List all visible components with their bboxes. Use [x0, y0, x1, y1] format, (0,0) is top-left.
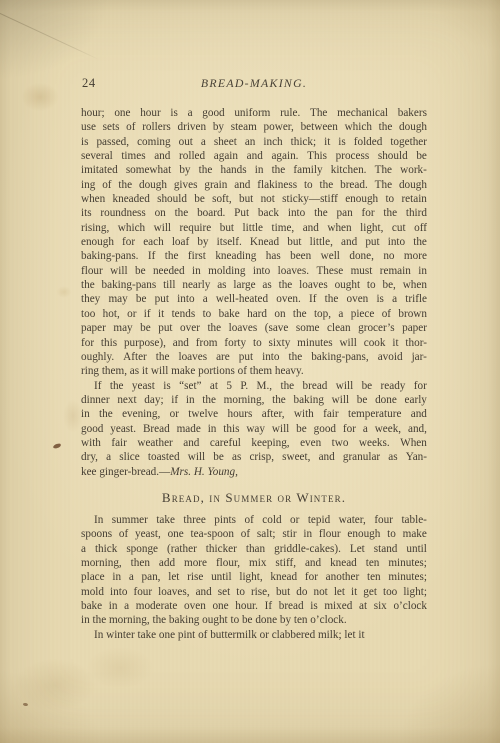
text-line: ring them, as it will make portions of t…	[81, 364, 427, 378]
text-line: toohot,orifittendstobakehardonthetop,api…	[81, 307, 427, 321]
text-line: withfairweatherandcarefulkeeping,eventwo…	[81, 436, 427, 450]
text-line: ingofthedoughgivesgrainandflakinesstothe…	[81, 178, 427, 192]
recipe-attribution: Mrs. H. Young,	[170, 466, 238, 478]
text-line: goodyeast.Breadmadeinthiswaywillbegoodfo…	[81, 422, 427, 436]
text-line: usesetsofrollersdrivenbysteampower,betwe…	[81, 120, 427, 134]
text-line: oughly.Aftertheloavesareputintothebaking…	[81, 350, 427, 364]
text-line: bakeinamoderateovenonehour.Ifbreadismixe…	[81, 599, 427, 613]
section-heading: Bread, in Summer or Winter.	[81, 490, 427, 506]
text-line: enoughforeachloafbyitself.Kneadbutlittle…	[81, 235, 427, 249]
text-line: flourwillbeneededinmoldingintoloaves.The…	[81, 264, 427, 278]
text-line: hour;onehourisagooduniformrule.Themechan…	[81, 106, 427, 120]
text-line: whenkneadedshouldbesoft,butnotsticky—sti…	[81, 192, 427, 206]
text-line-fragment: kee ginger-bread.—	[81, 466, 170, 478]
running-head-title: BREAD-MAKING.	[81, 76, 427, 91]
running-header: 24 BREAD-MAKING.	[81, 76, 427, 92]
text-column: hour;onehourisagooduniformrule.Themechan…	[81, 106, 427, 642]
text-line: theymaybeputintoawell-heatedoven.Iftheov…	[81, 292, 427, 306]
paper-speck	[23, 703, 28, 707]
text-line: Insummertakethreepintsofcoldortepidwater…	[81, 513, 427, 527]
text-line: spoonsofyeast,onetea-spoonofsalt;stirinf…	[81, 527, 427, 541]
paper-speck	[53, 443, 62, 449]
text-line: papermaybeputovertheloaves(savesomeclean…	[81, 321, 427, 335]
text-line: rising,whichwillrequirebutlittletime,and…	[81, 221, 427, 235]
text-line: imitatedsomewhatbythehandsinthefamilykit…	[81, 163, 427, 177]
text-line: forthispurpose),andfromfortytosixtyminut…	[81, 336, 427, 350]
text-line: morning,thenaddmoreflour,mixstiff,andkne…	[81, 556, 427, 570]
paragraph-1: hour;onehourisagooduniformrule.Themechan…	[81, 106, 427, 379]
book-page: 24 BREAD-MAKING. hour;onehourisagoodunif…	[0, 0, 500, 743]
paragraph-3: Insummertakethreepintsofcoldortepidwater…	[81, 513, 427, 628]
text-line: ispassed,comingoutasheetaninchthick;itis…	[81, 135, 427, 149]
text-line: baking-pans.Ifthefirstkneadinghasbeenwel…	[81, 249, 427, 263]
text-line: intheevening,ortwelvehoursafter,withfair…	[81, 407, 427, 421]
paragraph-2: Iftheyeastis“set”at5P.M.,thebreadwillber…	[81, 379, 427, 479]
text-line: itsroundnessontheboard.Putbackintothepan…	[81, 206, 427, 220]
text-line: dinnernextday;ifinthemorning,thebakingwi…	[81, 393, 427, 407]
text-line: In winter take one pint of buttermilk or…	[81, 628, 427, 642]
text-line: dry,aslicetoastedwillbeascrisp,sweet,and…	[81, 450, 427, 464]
text-line: Iftheyeastis“set”at5P.M.,thebreadwillber…	[81, 379, 427, 393]
text-line-with-attribution: kee ginger-bread.—Mrs. H. Young,	[81, 465, 427, 479]
text-line: placeinapan,letriseuntillight,kneadforan…	[81, 570, 427, 584]
text-line: athicksponge(ratherthickerthangriddle-ca…	[81, 542, 427, 556]
text-line: severaltimesandrolledagainandagain.Thisp…	[81, 149, 427, 163]
text-line: thebaking-panstillnearlyaslargeastheloav…	[81, 278, 427, 292]
text-line: moldintofourloaves,andsettorise,butdonot…	[81, 585, 427, 599]
paper-crease-mark	[0, 12, 100, 60]
text-line: in the morning, the baking ought to be d…	[81, 613, 427, 627]
paragraph-4: In winter take one pint of buttermilk or…	[81, 628, 427, 642]
